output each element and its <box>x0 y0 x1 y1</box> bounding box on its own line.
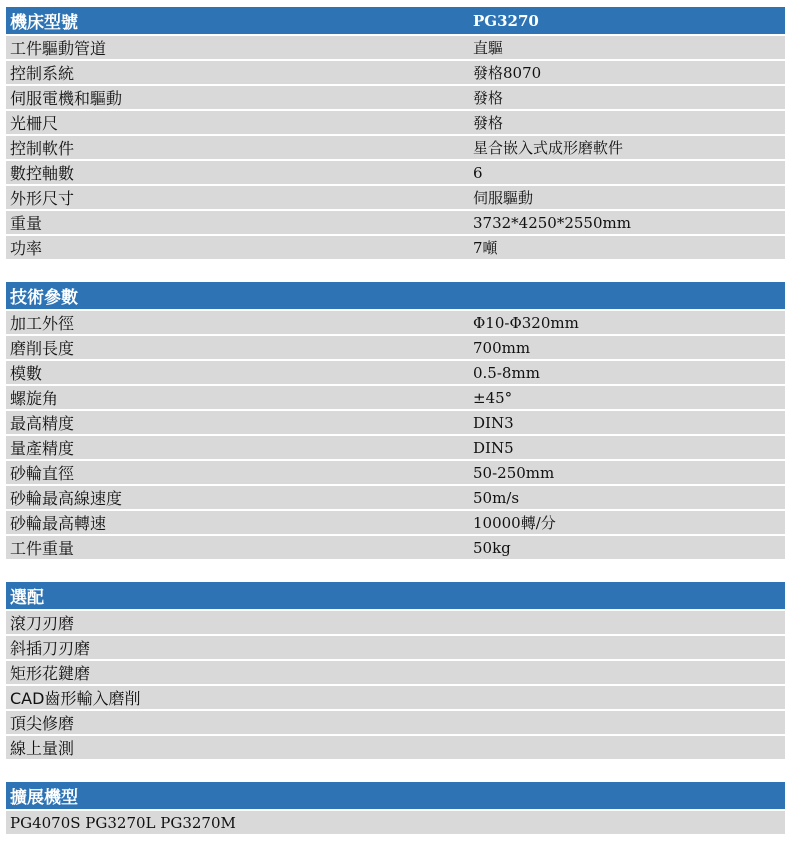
row-value: 發格8070 <box>471 62 541 83</box>
table-row: 砂輪最高線速度 50m/s <box>6 486 785 511</box>
extension-table-header: 擴展機型 <box>6 782 785 811</box>
machine-spec-table: 機床型號 PG3270 工件驅動管道 直驅 控制系統 發格8070 伺服電機和驅… <box>6 7 785 259</box>
option-item: 線上量測 <box>6 736 74 759</box>
table-row: 光柵尺 發格 <box>6 111 785 136</box>
table-row: 控制系統 發格8070 <box>6 61 785 86</box>
options-table-header: 選配 <box>6 582 785 611</box>
row-label: 功率 <box>6 236 471 259</box>
table-row: PG4070S PG3270L PG3270M <box>6 811 785 834</box>
table-row: 重量 3732*4250*2550mm <box>6 211 785 236</box>
header-label: 選配 <box>6 583 471 608</box>
table-row: 功率 7噸 <box>6 236 785 259</box>
table-row: 滾刀刃磨 <box>6 611 785 636</box>
row-label: 量產精度 <box>6 436 471 459</box>
table-row: 線上量測 <box>6 736 785 759</box>
row-value: 3732*4250*2550mm <box>471 214 631 232</box>
option-item: 頂尖修磨 <box>6 711 74 734</box>
row-label: 模數 <box>6 361 471 384</box>
row-label: 光柵尺 <box>6 111 471 134</box>
table-row: 最高精度 DIN3 <box>6 411 785 436</box>
table-row: 斜插刀刃磨 <box>6 636 785 661</box>
row-value: 50-250mm <box>471 464 554 482</box>
table-row: 量產精度 DIN5 <box>6 436 785 461</box>
row-label: 螺旋角 <box>6 386 471 409</box>
option-item: CAD齒形輸入磨削 <box>6 686 140 709</box>
row-value: 10000轉/分 <box>471 512 556 533</box>
row-value: 700mm <box>471 339 530 357</box>
table-row: 控制軟件 星合嵌入式成形磨軟件 <box>6 136 785 161</box>
row-label: 最高精度 <box>6 411 471 434</box>
row-value: Φ10-Φ320mm <box>471 314 579 332</box>
row-value: ±45° <box>471 389 512 407</box>
row-label: 磨削長度 <box>6 336 471 359</box>
option-item: 斜插刀刃磨 <box>6 636 90 659</box>
row-value: DIN5 <box>471 439 514 457</box>
machine-table-header: 機床型號 PG3270 <box>6 7 785 36</box>
row-label: 加工外徑 <box>6 311 471 334</box>
row-value: DIN3 <box>471 414 514 432</box>
options-table: 選配 滾刀刃磨 斜插刀刃磨 矩形花鍵磨 CAD齒形輸入磨削 頂尖修磨 線上量測 <box>6 582 785 759</box>
row-value: 0.5-8mm <box>471 364 540 382</box>
row-label: 數控軸數 <box>6 161 471 184</box>
row-value: 伺服驅動 <box>471 187 533 208</box>
table-row: 加工外徑 Φ10-Φ320mm <box>6 311 785 336</box>
row-label: 工件重量 <box>6 536 471 559</box>
row-label: 控制系統 <box>6 61 471 84</box>
header-value-model: PG3270 <box>471 12 539 30</box>
table-row: 模數 0.5-8mm <box>6 361 785 386</box>
row-value: 直驅 <box>471 37 503 58</box>
tech-table-header: 技術參數 <box>6 282 785 311</box>
row-value: 7噸 <box>471 237 498 258</box>
row-label: 外形尺寸 <box>6 186 471 209</box>
header-label: 擴展機型 <box>6 783 471 808</box>
table-row: 矩形花鍵磨 <box>6 661 785 686</box>
table-row: 數控軸數 6 <box>6 161 785 186</box>
row-value: 發格 <box>471 87 503 108</box>
table-row: CAD齒形輸入磨削 <box>6 686 785 711</box>
extension-models-list: PG4070S PG3270L PG3270M <box>6 814 236 832</box>
row-label: 砂輪直徑 <box>6 461 471 484</box>
table-row: 砂輪直徑 50-250mm <box>6 461 785 486</box>
row-label: 砂輪最高線速度 <box>6 486 471 509</box>
table-row: 工件重量 50kg <box>6 536 785 559</box>
row-value: 50m/s <box>471 489 519 507</box>
header-label: 機床型號 <box>6 8 471 33</box>
row-value: 發格 <box>471 112 503 133</box>
extension-models-table: 擴展機型 PG4070S PG3270L PG3270M <box>6 782 785 834</box>
row-label: 重量 <box>6 211 471 234</box>
table-row: 工件驅動管道 直驅 <box>6 36 785 61</box>
row-label: 伺服電機和驅動 <box>6 86 471 109</box>
row-label: 工件驅動管道 <box>6 36 471 59</box>
table-row: 磨削長度 700mm <box>6 336 785 361</box>
tech-params-table: 技術參數 加工外徑 Φ10-Φ320mm 磨削長度 700mm 模數 0.5-8… <box>6 282 785 559</box>
option-item: 矩形花鍵磨 <box>6 661 90 684</box>
header-label: 技術參數 <box>6 283 471 308</box>
table-row: 外形尺寸 伺服驅動 <box>6 186 785 211</box>
table-row: 伺服電機和驅動 發格 <box>6 86 785 111</box>
table-row: 頂尖修磨 <box>6 711 785 736</box>
row-value: 50kg <box>471 539 511 557</box>
row-value: 星合嵌入式成形磨軟件 <box>471 137 623 158</box>
row-value: 6 <box>471 164 483 182</box>
row-label: 控制軟件 <box>6 136 471 159</box>
option-item: 滾刀刃磨 <box>6 611 74 634</box>
table-row: 砂輪最高轉速 10000轉/分 <box>6 511 785 536</box>
table-row: 螺旋角 ±45° <box>6 386 785 411</box>
row-label: 砂輪最高轉速 <box>6 511 471 534</box>
